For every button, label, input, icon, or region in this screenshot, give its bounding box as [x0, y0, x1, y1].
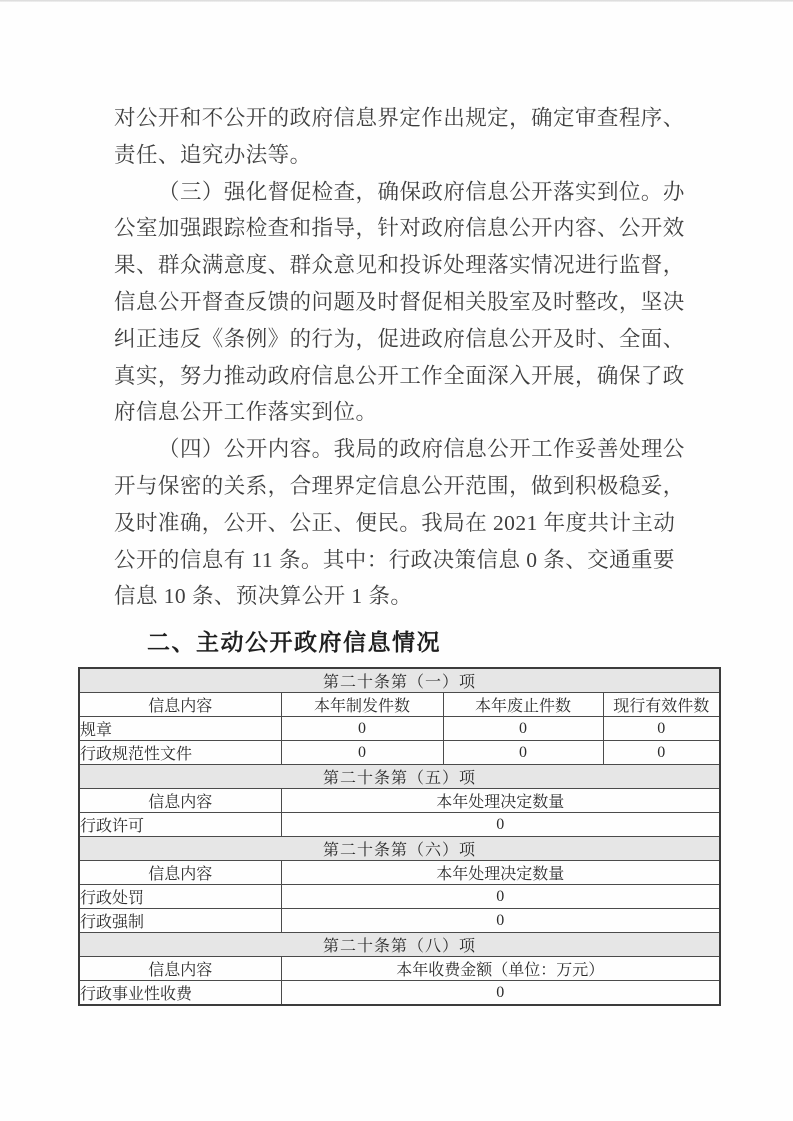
table-cell: 0 — [603, 717, 720, 741]
table-cell: 行政强制 — [79, 909, 281, 933]
table-cell: 0 — [281, 741, 443, 765]
section-title: 第二十条第（五）项 — [79, 765, 720, 789]
table-section-row: 第二十条第（五）项 — [79, 765, 720, 789]
table-row: 行政规范性文件 0 0 0 — [79, 741, 720, 765]
column-header: 本年制发件数 — [281, 693, 443, 717]
table-cell: 0 — [281, 909, 720, 933]
column-header: 本年处理决定数量 — [281, 861, 720, 885]
column-header: 本年废止件数 — [443, 693, 603, 717]
text-line: 及时准确，公开、公正、便民。我局在 2021 年度共计主动 — [114, 505, 710, 542]
table-section-row: 第二十条第（一）项 — [79, 668, 720, 693]
table-row: 行政处罚 0 — [79, 885, 720, 909]
text-line: 公室加强跟踪检查和指导，针对政府信息公开内容、公开效 — [114, 210, 710, 247]
table-header-row: 信息内容 本年制发件数 本年废止件数 现行有效件数 — [79, 693, 720, 717]
table-cell: 规章 — [79, 717, 281, 741]
table-cell: 0 — [603, 741, 720, 765]
table-header-row: 信息内容 本年处理决定数量 — [79, 861, 720, 885]
text-line: 信息公开督查反馈的问题及时督促相关股室及时整改，坚决 — [114, 284, 710, 321]
section-title: 第二十条第（一）项 — [79, 668, 720, 693]
column-header: 信息内容 — [79, 861, 281, 885]
table-row: 行政事业性收费 0 — [79, 981, 720, 1006]
disclosure-table: 第二十条第（一）项 信息内容 本年制发件数 本年废止件数 现行有效件数 规章 0… — [78, 667, 721, 1006]
table-cell: 0 — [443, 717, 603, 741]
text-line: 真实，努力推动政府信息公开工作全面深入开展，确保了政 — [114, 358, 710, 395]
text-line: 果、群众满意度、群众意见和投诉处理落实情况进行监督， — [114, 247, 710, 284]
table-row: 行政许可 0 — [79, 813, 720, 837]
table-section-row: 第二十条第（八）项 — [79, 933, 720, 957]
scan-edge — [0, 0, 793, 2]
column-header: 本年收费金额（单位：万元） — [281, 957, 720, 981]
text-line: 对公开和不公开的政府信息界定作出规定，确定审查程序、 — [114, 100, 710, 137]
text-line: 公开的信息有 11 条。其中：行政决策信息 0 条、交通重要 — [114, 542, 710, 579]
table-cell: 行政事业性收费 — [79, 981, 281, 1006]
section-title: 第二十条第（八）项 — [79, 933, 720, 957]
section-title: 第二十条第（六）项 — [79, 837, 720, 861]
text-line: 开与保密的关系，合理界定信息公开范围，做到积极稳妥， — [114, 468, 710, 505]
text-line: 府信息公开工作落实到位。 — [114, 394, 710, 431]
table-row: 行政强制 0 — [79, 909, 720, 933]
table-header-row: 信息内容 本年处理决定数量 — [79, 789, 720, 813]
table-cell: 0 — [281, 717, 443, 741]
table-cell: 行政许可 — [79, 813, 281, 837]
column-header: 现行有效件数 — [603, 693, 720, 717]
table-header-row: 信息内容 本年收费金额（单位：万元） — [79, 957, 720, 981]
table-cell: 0 — [281, 981, 720, 1006]
table-cell: 行政规范性文件 — [79, 741, 281, 765]
text-line: （四）公开内容。我局的政府信息公开工作妥善处理公 — [114, 431, 710, 468]
text-line: 责任、追究办法等。 — [114, 137, 710, 174]
table-cell: 0 — [281, 813, 720, 837]
table-section-row: 第二十条第（六）项 — [79, 837, 720, 861]
table-row: 规章 0 0 0 — [79, 717, 720, 741]
section-heading: 二、主动公开政府信息情况 — [147, 624, 441, 657]
body-text: 对公开和不公开的政府信息界定作出规定，确定审查程序、 责任、追究办法等。 （三）… — [114, 100, 710, 615]
text-line: 信息 10 条、预决算公开 1 条。 — [114, 578, 710, 615]
column-header: 信息内容 — [79, 957, 281, 981]
table-cell: 行政处罚 — [79, 885, 281, 909]
column-header: 信息内容 — [79, 693, 281, 717]
document-page: 对公开和不公开的政府信息界定作出规定，确定审查程序、 责任、追究办法等。 （三）… — [0, 0, 793, 1121]
table-cell: 0 — [443, 741, 603, 765]
table-cell: 0 — [281, 885, 720, 909]
text-line: 纠正违反《条例》的行为，促进政府信息公开及时、全面、 — [114, 321, 710, 358]
column-header: 本年处理决定数量 — [281, 789, 720, 813]
column-header: 信息内容 — [79, 789, 281, 813]
text-line: （三）强化督促检查，确保政府信息公开落实到位。办 — [114, 174, 710, 211]
